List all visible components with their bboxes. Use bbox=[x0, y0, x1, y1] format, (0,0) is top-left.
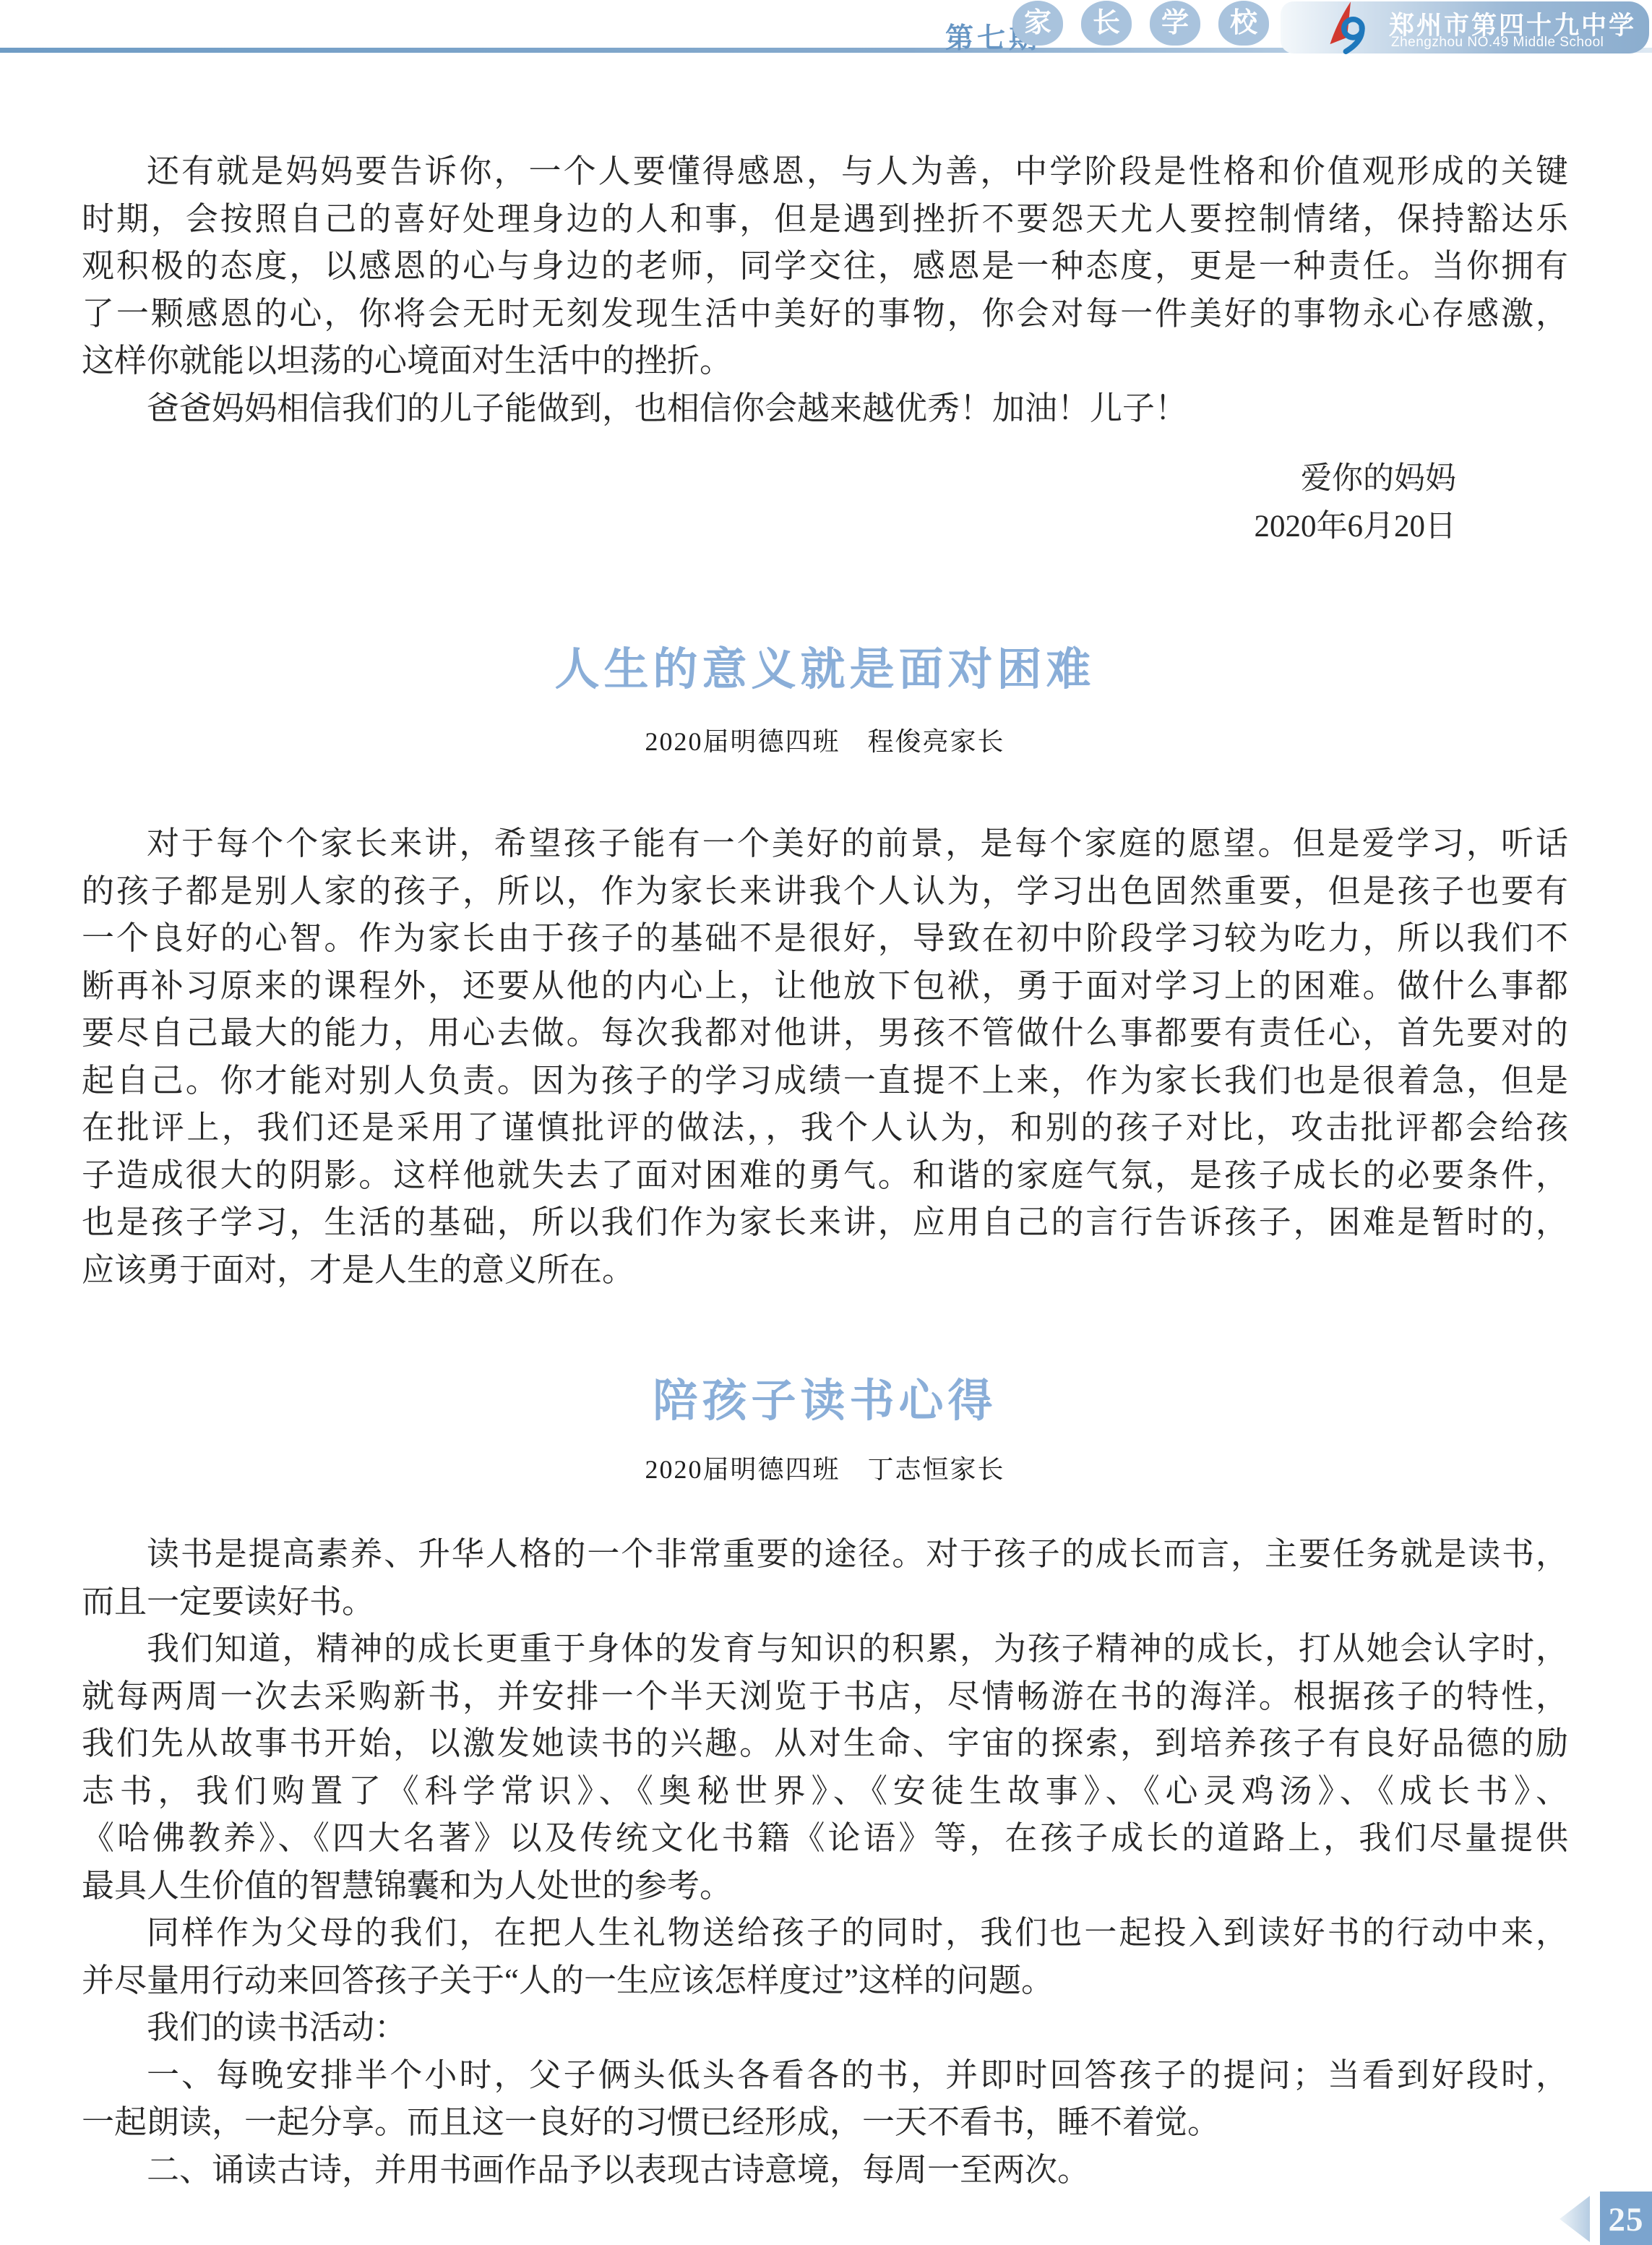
letter-signature: 爱你的妈妈 bbox=[82, 455, 1456, 503]
text-line: 要尽自己最大的能力，用心去做。每次我都对他讲，男孩不管做什么事都要有责任心，首先… bbox=[82, 1010, 1568, 1057]
letter-date: 2020年6月20日 bbox=[82, 503, 1456, 551]
text-line: 一起朗读，一起分享。而且这一良好的习惯已经形成，一天不看书，睡不着觉。 bbox=[82, 2099, 1568, 2147]
text-line: 爸爸妈妈相信我们的儿子能做到，也相信你会越来越优秀！加油！儿子！ bbox=[82, 385, 1568, 433]
text-line: 了一颗感恩的心，你将会无时无刻发现生活中美好的事物，你会对每一件美好的事物永心存… bbox=[82, 291, 1568, 338]
letter-signature-block: 爱你的妈妈 2020年6月20日 bbox=[82, 455, 1568, 550]
sail-49-logo-icon bbox=[1317, 0, 1377, 61]
school-name-en: Zhengzhou NO.49 Middle School bbox=[1391, 35, 1604, 51]
text-line: 时期，会按照自己的喜好处理身边的人和事，但是遇到挫折不要怨天尤人要控制情绪，保持… bbox=[82, 196, 1568, 244]
text-line: 我们的读书活动： bbox=[82, 2004, 1568, 2052]
text-line: 我们先从故事书开始，以激发她读书的兴趣。从对生命、宇宙的探索，到培养孩子有良好品… bbox=[82, 1720, 1568, 1768]
masthead-badge-xiao: 校 bbox=[1218, 1, 1269, 46]
letter-body: 还有就是妈妈要告诉你，一个人要懂得感恩，与人为善，中学阶段是性格和价值观形成的关… bbox=[82, 148, 1568, 432]
text-line: 断再补习原来的课程外，还要从他的内心上，让他放下包袱，勇于面对学习上的困难。做什… bbox=[82, 963, 1568, 1010]
text-line: 我们知道，精神的成长更重于身体的发育与知识的积累，为孩子精神的成长，打从她会认字… bbox=[82, 1626, 1568, 1673]
text-line: 子造成很大的阴影。这样他就失去了面对困难的勇气。和谐的家庭气氛，是孩子成长的必要… bbox=[82, 1152, 1568, 1200]
masthead-badge-jia: 家 bbox=[1012, 1, 1063, 46]
text-line: 这样你就能以坦荡的心境面对生活中的挫折。 bbox=[82, 338, 1568, 385]
article-2-byline: 2020届明德四班 丁志恒家长 bbox=[82, 1449, 1568, 1486]
masthead-badge-xue: 学 bbox=[1150, 1, 1200, 46]
text-line: 就每两周一次去采购新书，并安排一个半天浏览于书店，尽情畅游在书的海洋。根据孩子的… bbox=[82, 1673, 1568, 1721]
masthead-badge-zhang: 长 bbox=[1081, 1, 1132, 46]
text-line: 起自己。你才能对别人负责。因为孩子的学习成绩一直提不上来，作为家长我们也是很着急… bbox=[82, 1057, 1568, 1105]
text-line: 一个良好的心智。作为家长由于孩子的基础不是很好，导致在初中阶段学习较为吃力，所以… bbox=[82, 915, 1568, 963]
article-2-body: 读书是提高素养、升华人格的一个非常重要的途径。对于孩子的成长而言，主要任务就是读… bbox=[82, 1531, 1568, 2194]
article-2-title: 陪孩子读书心得 bbox=[82, 1365, 1568, 1429]
text-line: 最具人生价值的智慧锦囊和为人处世的参考。 bbox=[82, 1863, 1568, 1910]
text-line: 一、每晚安排半个小时，父子俩头低头各看各的书，并即时回答孩子的提问；当看到好段时… bbox=[82, 2052, 1568, 2100]
text-line: 读书是提高素养、升华人格的一个非常重要的途径。对于孩子的成长而言，主要任务就是读… bbox=[82, 1531, 1568, 1579]
magazine-page: 第七期 家 长 学 校 郑州市第四十九中学 Zhengzhou NO.49 Mi… bbox=[0, 0, 1652, 2245]
text-line: 的孩子都是别人家的孩子，所以，作为家长来讲我个人认为，学习出色固然重要，但是孩子… bbox=[82, 868, 1568, 916]
article-1-title: 人生的意义就是面对困难 bbox=[82, 633, 1568, 697]
page-number-badge: 25 bbox=[1600, 2192, 1652, 2245]
page-corner-arrow-icon bbox=[1559, 2196, 1590, 2242]
article-1-body: 对于每个个家长来讲，希望孩子能有一个美好的前景，是每个家庭的愿望。但是爱学习，听… bbox=[82, 820, 1568, 1294]
text-line: 观积极的态度，以感恩的心与身边的老师，同学交往，感恩是一种态度，更是一种责任。当… bbox=[82, 243, 1568, 291]
text-line: 并尽量用行动来回答孩子关于“人的一生应该怎样度过”这样的问题。 bbox=[82, 1957, 1568, 2005]
text-line: 志书，我们购置了《科学常识》、《奥秘世界》、《安徒生故事》、《心灵鸡汤》、《成长… bbox=[82, 1768, 1568, 1816]
text-line: 也是孩子学习，生活的基础，所以我们作为家长来讲，应用自己的言行告诉孩子，困难是暂… bbox=[82, 1199, 1568, 1247]
text-line: 应该勇于面对，才是人生的意义所在。 bbox=[82, 1247, 1568, 1295]
article-1-byline: 2020届明德四班 程俊亮家长 bbox=[82, 721, 1568, 758]
text-line: 而且一定要读好书。 bbox=[82, 1579, 1568, 1626]
masthead-badges: 家 长 学 校 bbox=[1012, 1, 1284, 46]
text-line: 在批评上，我们还是采用了谨慎批评的做法，，我个人认为，和别的孩子对比，攻击批评都… bbox=[82, 1104, 1568, 1152]
text-line: 同样作为父母的我们，在把人生礼物送给孩子的同时，我们也一起投入到读好书的行动中来… bbox=[82, 1910, 1568, 1957]
text-line: 二、诵读古诗，并用书画作品予以表现古诗意境，每周一至两次。 bbox=[82, 2147, 1568, 2194]
text-line: 《哈佛教养》、《四大名著》以及传统文化书籍《论语》等，在孩子成长的道路上，我们尽… bbox=[82, 1815, 1568, 1863]
text-line: 还有就是妈妈要告诉你，一个人要懂得感恩，与人为善，中学阶段是性格和价值观形成的关… bbox=[82, 148, 1568, 196]
text-line: 对于每个个家长来讲，希望孩子能有一个美好的前景，是每个家庭的愿望。但是爱学习，听… bbox=[82, 820, 1568, 868]
